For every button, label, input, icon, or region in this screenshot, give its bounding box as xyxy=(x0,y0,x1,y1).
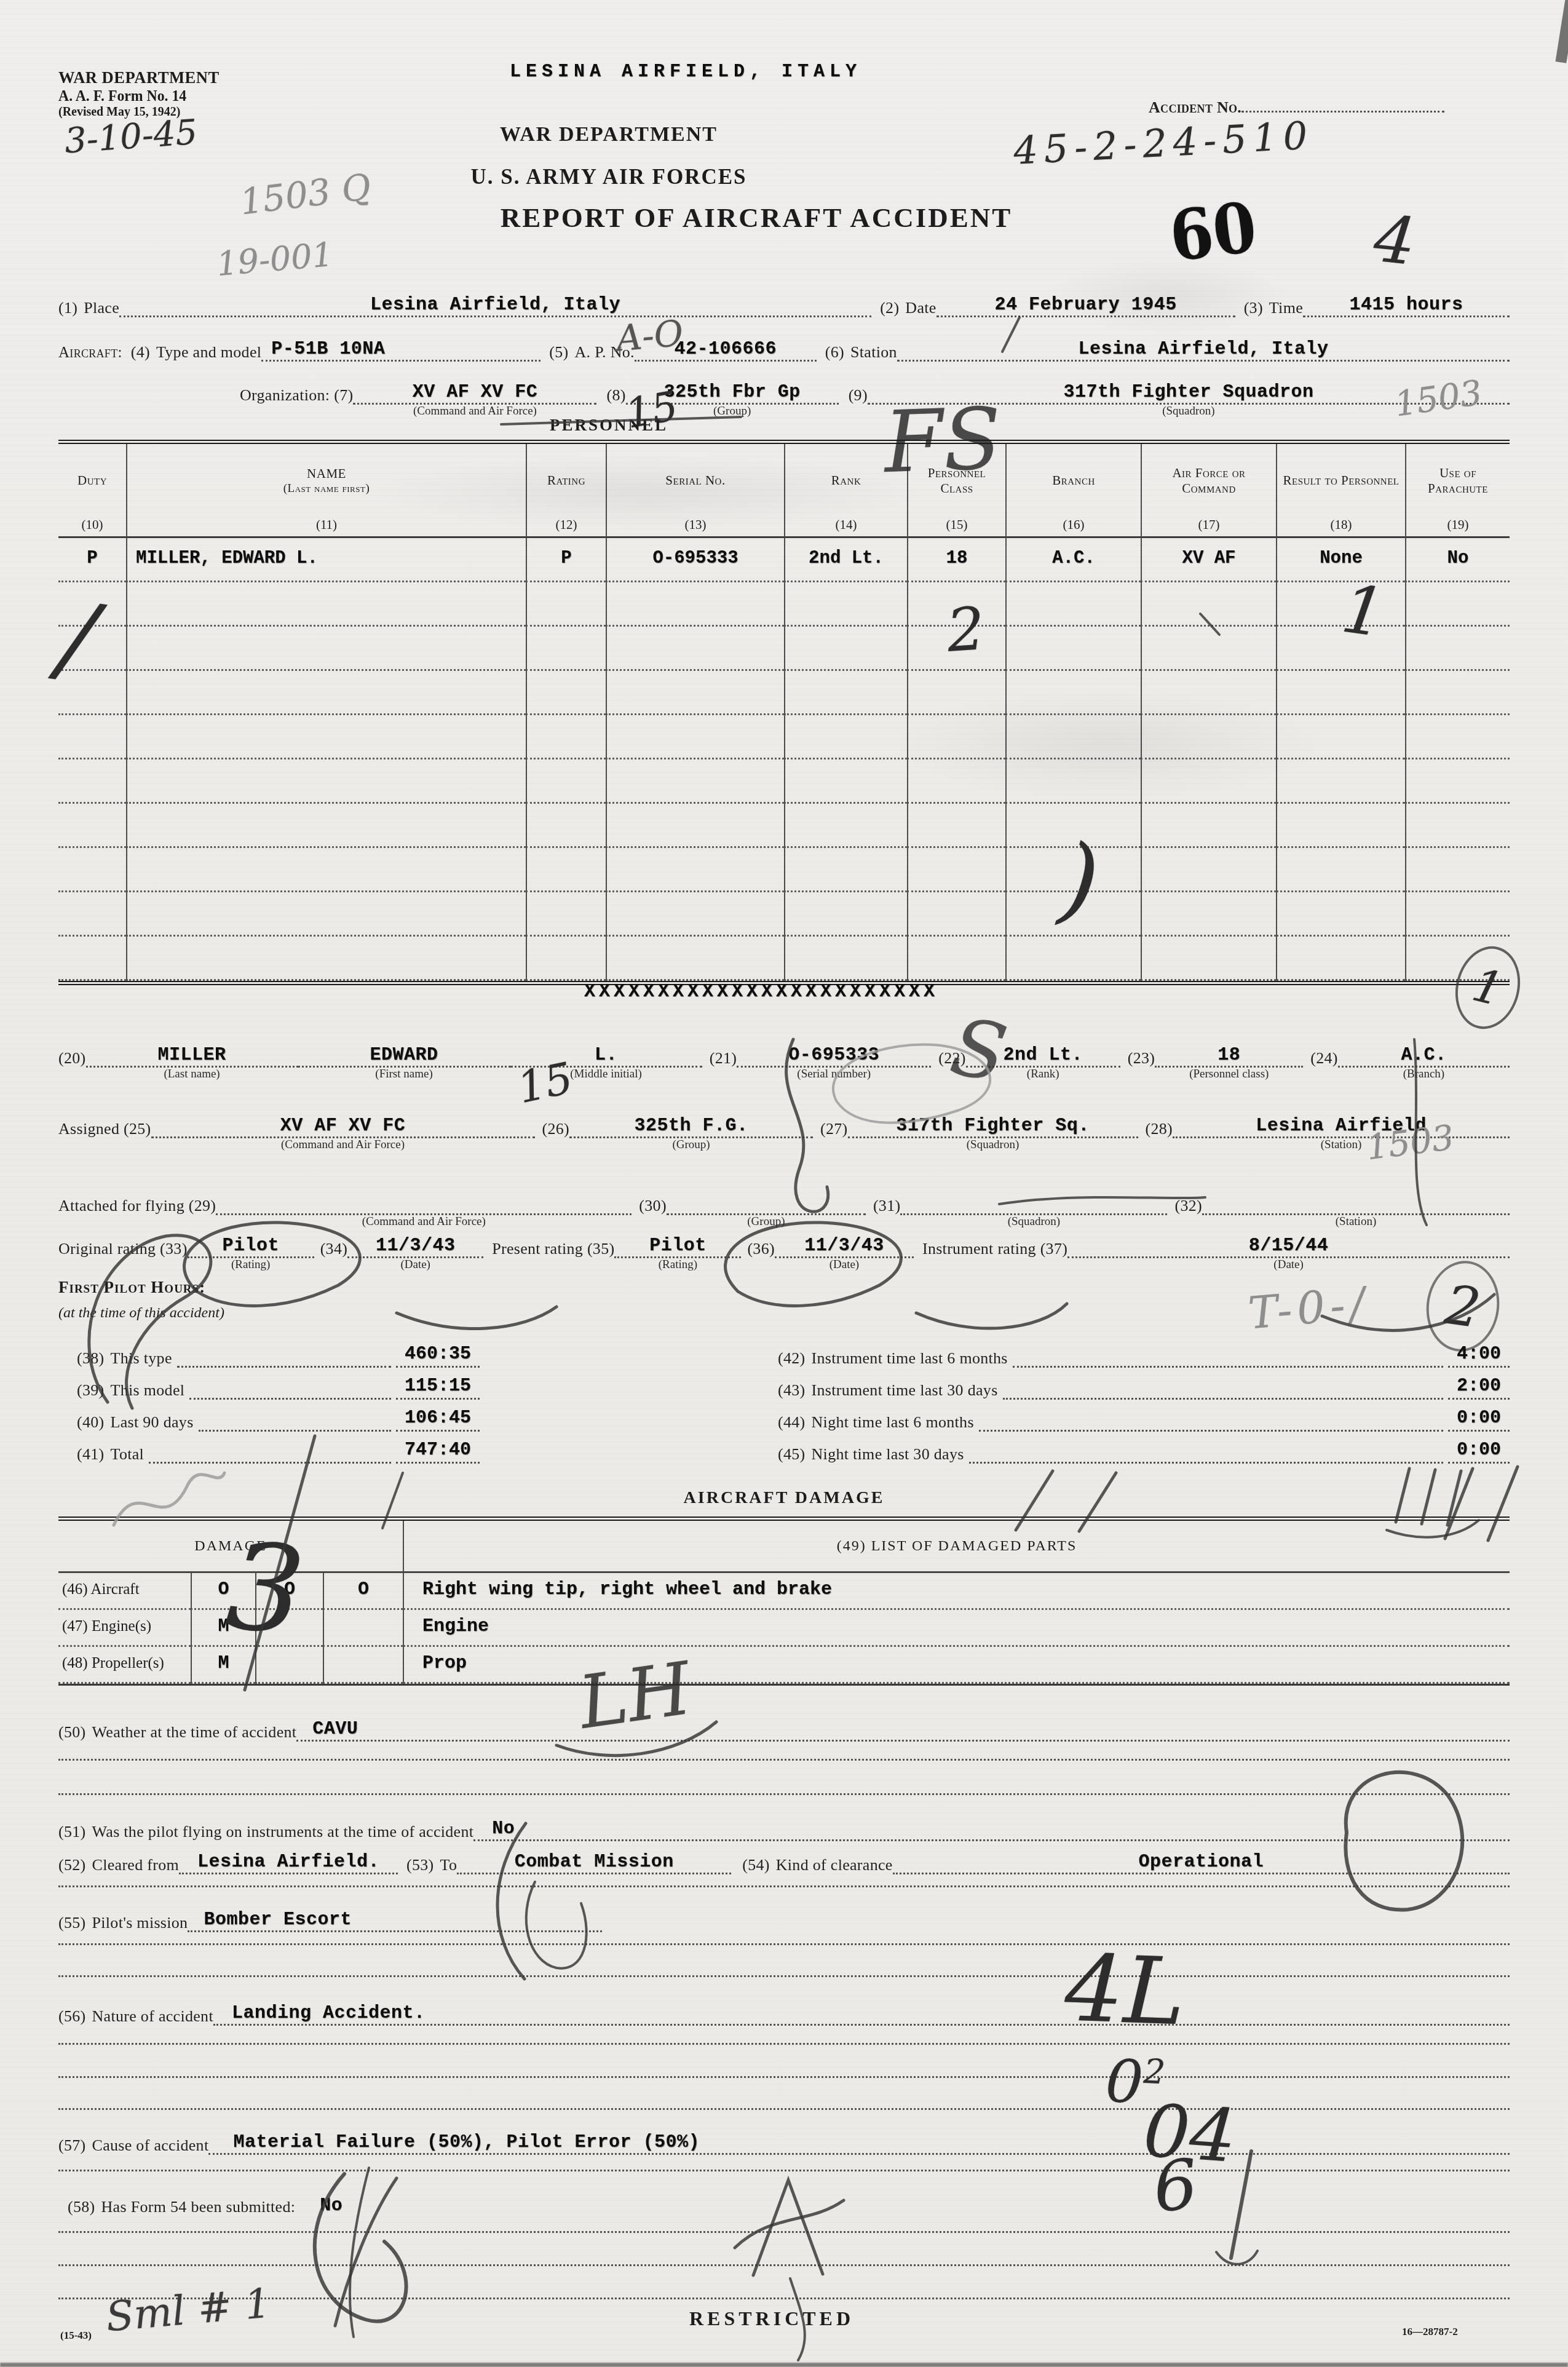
form-identification: WAR DEPARTMENT A. A. F. Form No. 14 (Rev… xyxy=(58,69,220,119)
personnel-empty-cell xyxy=(126,804,526,848)
present-rating-date-field: 11/3/43(Date) xyxy=(775,1231,914,1258)
branch-header: U. S. ARMY AIR FORCES xyxy=(332,165,885,189)
personnel-empty-cell xyxy=(1405,892,1510,937)
time-value: 1415 hours xyxy=(1349,295,1463,315)
personnel-empty-cell xyxy=(606,937,784,981)
personnel-empty-cell xyxy=(526,759,606,804)
field-label: (50)Weather at the time of accident xyxy=(58,1723,296,1742)
hours-row: (44)Night time last 6 months0:00 xyxy=(778,1406,1510,1432)
personnel-empty-cell xyxy=(1005,582,1141,627)
field-label: (1)Place xyxy=(58,299,119,317)
personnel-empty-cell xyxy=(526,937,606,981)
personnel-empty-cell xyxy=(606,715,784,759)
org-squadron-value: 317th Fighter Squadron xyxy=(1063,382,1313,403)
personnel-empty-cell xyxy=(126,759,526,804)
original-rating-field: Pilot(Rating) xyxy=(188,1231,314,1258)
row-nature: (56)Nature of accident Landing Accident. xyxy=(58,1997,1510,2026)
nature-of-accident-field: Landing Accident. xyxy=(213,1998,1510,2026)
row-assigned: Assigned (25) XV AF XV FC(Command and Ai… xyxy=(58,1110,1510,1138)
last-name-field: MILLER(Last name) xyxy=(86,1040,298,1068)
personnel-empty-cell xyxy=(1405,627,1510,671)
field-label: (8) xyxy=(596,386,625,405)
ruled-line xyxy=(58,2298,1510,2299)
personnel-cell-rank: 2nd Lt. xyxy=(784,538,907,582)
assigned-squadron-field: 317th Fighter Sq.(Squadron) xyxy=(848,1111,1138,1138)
personnel-empty-cell xyxy=(1141,627,1276,671)
field-label: Original rating (33) xyxy=(58,1240,188,1258)
personnel-empty-cell xyxy=(606,759,784,804)
row-mission: (55)Pilot's mission Bomber Escort xyxy=(58,1904,1510,1932)
row-cause: (57)Cause of accident Material Failure (… xyxy=(58,2127,1510,2155)
damage-code xyxy=(323,1647,403,1684)
personnel-empty-cell xyxy=(907,715,1005,759)
field-label: (6)Station xyxy=(817,343,897,362)
personnel-empty-cell xyxy=(58,937,126,981)
form-id-line: A. A. F. Form No. 14 xyxy=(58,88,220,105)
ruled-line xyxy=(58,2264,1510,2266)
ruled-line xyxy=(58,2108,1510,2110)
field-label: (56)Nature of accident xyxy=(58,2007,213,2026)
personnel-header-cell: Result to Personnel(18) xyxy=(1276,444,1405,538)
personnel-empty-cell xyxy=(784,804,907,848)
damage-row-label: (46) Aircraft xyxy=(58,1573,191,1610)
damage-code: O xyxy=(323,1573,403,1610)
time-field: 1415 hours xyxy=(1303,290,1510,317)
accident-no-label: Accident No. xyxy=(1149,98,1241,116)
branch-field: A.C.(Branch) xyxy=(1338,1040,1510,1068)
page-title: REPORT OF AIRCRAFT ACCIDENT xyxy=(452,202,1061,234)
type-model-value: P-51B 10NA xyxy=(271,339,385,360)
hours-row: (42)Instrument time last 6 months4:00 xyxy=(778,1342,1510,1368)
org-command-value: XV AF XV FC xyxy=(413,382,538,403)
personnel-empty-cell xyxy=(1405,848,1510,892)
personnel-empty-cell xyxy=(1005,671,1141,715)
personnel-empty-cell xyxy=(1405,759,1510,804)
personnel-header-cell: Air Force or Command(17) xyxy=(1141,444,1276,538)
personnel-empty-cell xyxy=(126,671,526,715)
present-rating-field: Pilot(Rating) xyxy=(614,1231,741,1258)
personnel-empty-cell xyxy=(1276,892,1405,937)
personnel-empty-cell xyxy=(58,804,126,848)
personnel-empty-cell xyxy=(1005,937,1141,981)
form-code-right: 16—28787-2 xyxy=(1402,2326,1458,2338)
damage-row-label: (48) Propeller(s) xyxy=(58,1647,191,1684)
ruled-line xyxy=(58,1885,1510,1887)
attached-group-field: (Group) xyxy=(667,1187,866,1215)
personnel-empty-cell xyxy=(606,848,784,892)
hours-row: (41)Total747:40 xyxy=(77,1438,480,1464)
pencil-stroke xyxy=(1216,2251,1257,2264)
field-label: (53)To xyxy=(398,1856,457,1874)
field-label: Instrument rating (37) xyxy=(914,1240,1067,1258)
field-label: (31) xyxy=(866,1197,901,1215)
hours-section-subtitle: (at the time of this accident) xyxy=(58,1305,224,1322)
personnel-empty-cell xyxy=(784,848,907,892)
field-label: (52)Cleared from xyxy=(58,1856,179,1874)
personnel-empty-cell xyxy=(526,582,606,627)
field-label: Organization: (7) xyxy=(240,386,353,405)
personnel-empty-cell xyxy=(126,892,526,937)
personnel-empty-cell xyxy=(1141,759,1276,804)
personnel-empty-cell xyxy=(907,759,1005,804)
ruled-line xyxy=(58,2043,1510,2045)
row-aircraft: Aircraft: (4)Type and model P-51B 10NA (… xyxy=(58,333,1510,362)
field-label: (30) xyxy=(632,1197,667,1215)
personnel-header-cell: Personnel Class(15) xyxy=(907,444,1005,538)
personnel-empty-cell xyxy=(1005,715,1141,759)
form-code-left: (15-43) xyxy=(60,2329,92,2342)
field-label: (23) xyxy=(1120,1049,1155,1068)
form-id-line: WAR DEPARTMENT xyxy=(58,69,220,88)
hours-section-title: First Pilot Hours: xyxy=(58,1278,205,1297)
personnel-empty-cell xyxy=(1141,937,1276,981)
personnel-empty-cell xyxy=(526,892,606,937)
field-label: Attached for flying (29) xyxy=(58,1197,216,1215)
handwritten-4l: 4L xyxy=(1063,1935,1187,2047)
struck-out-text: XXXXXXXXXXXXXXXXXXXXXXXX xyxy=(584,981,938,1002)
personnel-header-cell: Use of Parachute(19) xyxy=(1405,444,1510,538)
personnel-cell-name: MILLER, EDWARD L. xyxy=(126,538,526,582)
handwritten-footer-note: Sml # 1 xyxy=(104,2279,272,2341)
personnel-empty-cell xyxy=(1141,582,1276,627)
personnel-empty-cell xyxy=(1405,582,1510,627)
field-label: (2)Date xyxy=(871,299,936,317)
personnel-table: Duty(10) NAME(Last name first)(11) Ratin… xyxy=(58,440,1510,985)
stamp-60: 60 xyxy=(1165,187,1261,277)
personnel-cell-branch: A.C. xyxy=(1005,538,1141,582)
field-label: (3)Time xyxy=(1235,299,1303,317)
pencil-stroke xyxy=(916,1304,1067,1328)
date-value: 24 February 1945 xyxy=(995,295,1177,315)
ruled-line xyxy=(58,1793,1510,1795)
original-rating-date-field: 11/3/43(Date) xyxy=(347,1231,483,1258)
handwritten-two: 2 xyxy=(944,594,987,665)
assigned-station-field: Lesina Airfield(Station) xyxy=(1173,1111,1510,1138)
personnel-cell-class: 18 xyxy=(907,538,1005,582)
damage-code xyxy=(323,1610,403,1647)
personnel-empty-cell xyxy=(526,671,606,715)
handwritten-received-date: 3-10-45 xyxy=(63,113,199,162)
personnel-section-title: PERSONNEL xyxy=(332,416,885,435)
instruments-field: No xyxy=(473,1814,1510,1841)
row-pilot-identity: (20) MILLER(Last name) EDWARD(First name… xyxy=(58,1039,1510,1068)
scanned-accident-report-page: WAR DEPARTMENT A. A. F. Form No. 14 (Rev… xyxy=(0,0,1568,2367)
personnel-cell-duty: P xyxy=(58,538,126,582)
ap-no-value: 42-106666 xyxy=(675,339,777,360)
pencil-note-19001: 19-001 xyxy=(215,235,335,283)
personnel-empty-cell xyxy=(1276,715,1405,759)
personnel-empty-cell xyxy=(907,937,1005,981)
personnel-cell-rating: P xyxy=(526,538,606,582)
personnel-empty-cell xyxy=(784,759,907,804)
row-weather: (50)Weather at the time of accident CAVU xyxy=(58,1713,1510,1742)
pilot-mission-field: Bomber Escort xyxy=(188,1905,602,1932)
personnel-empty-cell xyxy=(1405,715,1510,759)
ruled-line xyxy=(58,1943,1510,1945)
personnel-empty-cell xyxy=(526,848,606,892)
personnel-empty-cell xyxy=(526,804,606,848)
row-ratings: Original rating (33) Pilot(Rating) (34) … xyxy=(58,1230,1510,1258)
attached-squadron-field: (Squadron) xyxy=(900,1187,1167,1215)
serial-field: O-695333(Serial number) xyxy=(737,1040,931,1068)
field-label: (58)Has Form 54 been submitted: xyxy=(68,2198,295,2216)
personnel-header-cell: Branch(16) xyxy=(1005,444,1141,538)
personnel-empty-cell xyxy=(1276,848,1405,892)
org-command-field: XV AF XV FC(Command and Air Force) xyxy=(353,377,596,405)
personnel-empty-cell xyxy=(1141,671,1276,715)
personnel-header-cell: Serial No.(13) xyxy=(606,444,784,538)
org-group-value: 325th Fbr Gp xyxy=(664,382,801,403)
personnel-empty-cell xyxy=(907,804,1005,848)
ruled-line xyxy=(58,2231,1510,2233)
personnel-empty-cell xyxy=(58,715,126,759)
damage-row-label: (47) Engine(s) xyxy=(58,1610,191,1647)
personnel-empty-cell xyxy=(784,892,907,937)
field-label: (24) xyxy=(1303,1049,1338,1068)
field-caption: (Squadron) xyxy=(996,405,1381,418)
row-organization: Organization: (7) XV AF XV FC(Command an… xyxy=(240,376,1510,405)
row-attached: Attached for flying (29) (Command and Ai… xyxy=(58,1187,1510,1215)
handwritten-s-flourish: S xyxy=(944,1001,1013,1101)
restricted-marking: RESTRICTED xyxy=(556,2307,987,2330)
personnel-empty-cell xyxy=(1005,759,1141,804)
personnel-empty-cell xyxy=(1005,627,1141,671)
field-label: (9) xyxy=(839,386,868,405)
damaged-parts-value: Engine xyxy=(403,1610,1510,1647)
personnel-empty-cell xyxy=(784,627,907,671)
ruled-line xyxy=(58,2170,1510,2171)
first-name-field: EDWARD(First name) xyxy=(298,1040,510,1068)
personnel-empty-cell xyxy=(1276,804,1405,848)
personnel-empty-cell xyxy=(784,671,907,715)
hours-row: (39)This model115:15 xyxy=(77,1374,480,1400)
weather-field: CAVU xyxy=(296,1714,1510,1742)
row-instruments: (51)Was the pilot flying on instruments … xyxy=(58,1813,1510,1841)
kind-of-clearance-field: Operational xyxy=(893,1847,1510,1874)
station-field: Lesina Airfield, Italy xyxy=(897,334,1510,362)
personnel-header-cell: NAME(Last name first)(11) xyxy=(126,444,526,538)
personnel-cell-airforce: XV AF xyxy=(1141,538,1276,582)
scan-edge-artifact xyxy=(0,2363,1568,2367)
pencil-note-1503q: 1503 Q xyxy=(238,165,373,223)
personnel-empty-cell xyxy=(526,715,606,759)
personnel-empty-cell xyxy=(126,715,526,759)
personnel-empty-cell xyxy=(784,715,907,759)
personnel-empty-cell xyxy=(126,582,526,627)
personnel-empty-cell xyxy=(784,937,907,981)
handwritten-accident-number: 45-2-24-510 xyxy=(1012,113,1315,173)
personnel-header-cell: Rating(12) xyxy=(526,444,606,538)
field-label: (34) xyxy=(314,1240,348,1258)
personnel-empty-cell xyxy=(907,892,1005,937)
damage-section-title: AIRCRAFT DAMAGE xyxy=(507,1488,1061,1508)
row-form54: (58)Has Form 54 been submitted: No xyxy=(68,2188,1510,2216)
field-label: (28) xyxy=(1138,1120,1173,1138)
personnel-empty-cell xyxy=(907,848,1005,892)
field-label: (36) xyxy=(741,1240,775,1258)
place-field: Lesina Airfield, Italy xyxy=(119,290,871,317)
ruled-line xyxy=(58,1759,1510,1761)
personnel-empty-cell xyxy=(58,759,126,804)
personnel-empty-cell xyxy=(606,671,784,715)
personnel-empty-cell xyxy=(1141,848,1276,892)
hours-row: (43)Instrument time last 30 days2:00 xyxy=(778,1374,1510,1400)
field-label: (54)Kind of clearance xyxy=(731,1856,892,1874)
personnel-empty-cell xyxy=(784,582,907,627)
field-label: (57)Cause of accident xyxy=(58,2136,208,2155)
personnel-empty-cell xyxy=(606,627,784,671)
personnel-empty-cell xyxy=(1276,759,1405,804)
hours-row: (40)Last 90 days106:45 xyxy=(77,1406,480,1432)
personnel-cell-serial: O-695333 xyxy=(606,538,784,582)
personnel-empty-cell xyxy=(606,892,784,937)
field-label: (26) xyxy=(535,1120,570,1138)
field-label: Assigned (25) xyxy=(58,1120,151,1138)
personnel-empty-cell xyxy=(606,804,784,848)
personnel-cell-parachute: No xyxy=(1405,538,1510,582)
personnel-class-field: 18(Personnel class) xyxy=(1155,1040,1303,1068)
field-label: (51)Was the pilot flying on instruments … xyxy=(58,1823,473,1841)
type-model-field: P-51B 10NA xyxy=(261,334,540,362)
personnel-empty-cell xyxy=(58,892,126,937)
hours-row: (45)Night time last 30 days0:00 xyxy=(778,1438,1510,1464)
field-label: Present rating (35) xyxy=(483,1240,614,1258)
attached-station-field: (Station) xyxy=(1202,1187,1510,1215)
personnel-empty-cell xyxy=(1276,671,1405,715)
personnel-empty-cell xyxy=(1405,671,1510,715)
damaged-parts-header: (49) LIST OF DAMAGED PARTS xyxy=(403,1521,1510,1573)
field-label: (32) xyxy=(1167,1197,1202,1215)
personnel-header-cell: Rank(14) xyxy=(784,444,907,538)
personnel-empty-cell xyxy=(1276,937,1405,981)
cleared-to-field: Combat Mission xyxy=(457,1847,731,1874)
handwritten-four: 4 xyxy=(1371,201,1419,280)
damaged-parts-value: Prop xyxy=(403,1647,1510,1684)
row-place-date-time: (1)Place Lesina Airfield, Italy (2)Date … xyxy=(58,289,1510,317)
location-header: LESINA AIRFIELD, ITALY xyxy=(424,61,947,82)
form54-value: No xyxy=(295,2195,343,2216)
handwritten-six: 6 xyxy=(1150,2144,1200,2228)
accident-no-blank xyxy=(1241,96,1444,113)
department-header: WAR DEPARTMENT xyxy=(332,123,885,146)
personnel-empty-cell xyxy=(126,627,526,671)
handwritten-three: 3 xyxy=(221,1516,309,1662)
date-field: 24 February 1945 xyxy=(936,290,1235,317)
station-value: Lesina Airfield, Italy xyxy=(1078,339,1328,360)
cleared-from-field: Lesina Airfield. xyxy=(179,1847,398,1874)
field-label: (21) xyxy=(702,1049,737,1068)
assigned-command-field: XV AF XV FC(Command and Air Force) xyxy=(151,1111,535,1138)
row-clearance: (52)Cleared from Lesina Airfield. (53)To… xyxy=(58,1846,1510,1874)
personnel-empty-cell xyxy=(1405,804,1510,848)
field-label: (4)Type and model xyxy=(131,343,262,362)
hours-row: (38)This type460:35 xyxy=(77,1342,480,1368)
personnel-empty-cell xyxy=(606,582,784,627)
personnel-empty-cell xyxy=(58,848,126,892)
damaged-parts-value: Right wing tip, right wheel and brake xyxy=(403,1573,1510,1610)
personnel-empty-cell xyxy=(1141,892,1276,937)
handwritten-fifteen-b: 15 xyxy=(513,1053,577,1114)
personnel-empty-cell xyxy=(907,671,1005,715)
place-value: Lesina Airfield, Italy xyxy=(370,295,620,315)
instrument-rating-date-field: 8/15/44(Date) xyxy=(1067,1231,1510,1258)
assigned-group-field: 325th F.G.(Group) xyxy=(569,1111,813,1138)
handwritten-type-suffix: A-O xyxy=(614,312,685,359)
personnel-empty-cell xyxy=(1141,804,1276,848)
personnel-empty-cell xyxy=(1141,715,1276,759)
cause-of-accident-field: Material Failure (50%), Pilot Error (50%… xyxy=(208,2127,1510,2155)
field-label: (20) xyxy=(58,1049,86,1068)
aircraft-prefix: Aircraft: xyxy=(58,344,131,362)
attached-command-field: (Command and Air Force) xyxy=(216,1187,632,1215)
ruled-line xyxy=(58,1975,1510,1977)
personnel-empty-cell xyxy=(126,937,526,981)
personnel-empty-cell xyxy=(126,848,526,892)
personnel-empty-cell xyxy=(526,627,606,671)
personnel-header-cell: Duty(10) xyxy=(58,444,126,538)
field-label: (27) xyxy=(813,1120,848,1138)
scan-edge-artifact xyxy=(1556,0,1568,63)
ruled-line xyxy=(58,2076,1510,2078)
pencil-stroke xyxy=(397,1307,556,1328)
pencil-note-t01: T-0-/ xyxy=(1246,1277,1372,1339)
field-label: (55)Pilot's mission xyxy=(58,1914,188,1932)
